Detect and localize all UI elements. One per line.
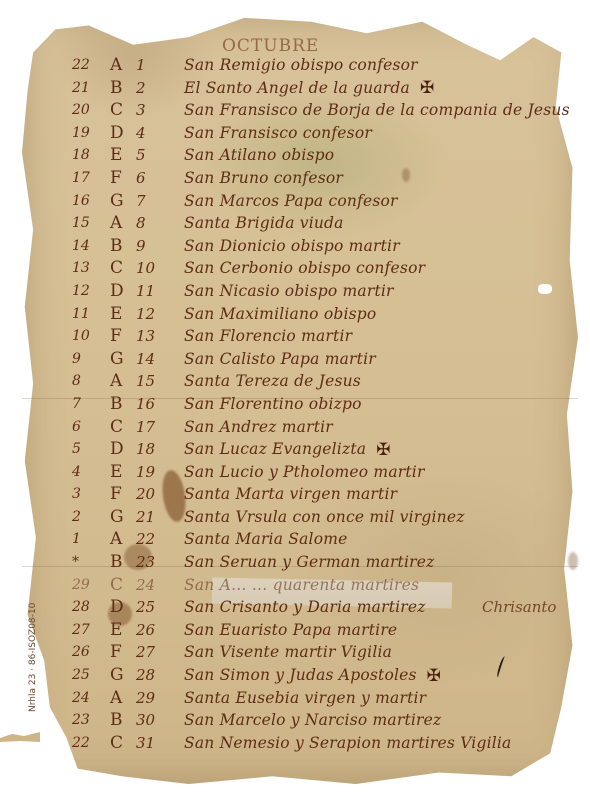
saint-name: San Seruan y German martirez [184,551,434,574]
saint-name-text: San Euaristo Papa martire [184,621,397,639]
saint-name-text: Santa Marta virgen martir [184,485,397,503]
cross-icon: ✠ [376,439,390,462]
calendar-row: 22A1San Remigio obispo confesor [72,54,572,77]
day-number: 5 [136,144,164,167]
saint-name-text: San Cerbonio obispo confesor [184,259,425,277]
saint-name-text: San Marcelo y Narciso martirez [184,711,441,729]
saint-name: San Calisto Papa martir [184,348,376,371]
saint-name-text: San Crisanto y Daria martirez [184,598,426,616]
dominical-letter: D [110,280,128,303]
calendar-row: 9G14San Calisto Papa martir [72,348,572,371]
dominical-letter: C [110,732,128,755]
dominical-letter: A [110,528,128,551]
calendar-row: 13C10San Cerbonio obispo confesor [72,257,572,280]
saint-name-text: San Bruno confesor [184,169,343,187]
saint-name-text: San Andrez martir [184,418,333,436]
calendar-row: 14B9San Dionicio obispo martir [72,235,572,258]
epact-number: 14 [72,235,98,258]
saint-name: San Marcelo y Narciso martirez [184,709,441,732]
day-number: 24 [136,574,164,597]
dominical-letter: E [110,619,128,642]
saint-name: San Dionicio obispo martir [184,235,400,258]
day-number: 10 [136,257,164,280]
saint-name: Santa Vrsula con once mil virginez [184,506,465,529]
day-number: 21 [136,506,164,529]
calendar-row: 16G7San Marcos Papa confesor [72,190,572,213]
dominical-letter: B [110,551,128,574]
calendar-table: 22A1San Remigio obispo confesor21B2El Sa… [72,54,572,754]
saint-name: Santa Tereza de Jesus [184,370,361,393]
saint-name: Santa Eusebia virgen y martir [184,687,426,710]
epact-number: 9 [72,348,98,371]
saint-name: San Maximiliano obispo [184,303,376,326]
saint-name-text: Santa Maria Salome [184,530,348,548]
saint-name-text: San Nicasio obispo martir [184,282,394,300]
day-number: 20 [136,483,164,506]
dominical-letter: A [110,212,128,235]
archive-side-note: Nrhla 23 · 86-ISOZ08-10 [28,603,38,712]
saint-name: San Fransisco confesor [184,122,372,145]
calendar-row: 19D4San Fransisco confesor [72,122,572,145]
page-title: OCTUBRE [222,36,319,56]
epact-number: 22 [72,54,98,77]
epact-number: 10 [72,325,98,348]
saint-name: San Euaristo Papa martire [184,619,397,642]
day-number: 14 [136,348,164,371]
epact-number: 16 [72,190,98,213]
saint-name-text: San Florencio martir [184,327,352,345]
epact-number: 19 [72,122,98,145]
epact-number: 18 [72,144,98,167]
epact-number: 13 [72,257,98,280]
calendar-row: 20C3San Fransisco de Borja de la compani… [72,99,572,122]
calendar-row: 10F13San Florencio martir [72,325,572,348]
epact-number: 28 [72,596,98,619]
calendar-row: 8A15Santa Tereza de Jesus [72,370,572,393]
saint-name-text: San Lucaz Evangelizta [184,440,366,458]
epact-number: 15 [72,212,98,235]
dominical-letter: B [110,393,128,416]
saint-name: San A… … quarenta martires [184,574,419,597]
day-number: 17 [136,416,164,439]
day-number: 13 [136,325,164,348]
day-number: 9 [136,235,164,258]
dominical-letter: C [110,416,128,439]
epact-number: 12 [72,280,98,303]
epact-number: 3 [72,483,98,506]
dominical-letter: G [110,348,128,371]
dominical-letter: B [110,77,128,100]
epact-number: 17 [72,167,98,190]
saint-name-text: San A… … quarenta martires [184,576,419,594]
saint-name-text: San Fransisco confesor [184,124,372,142]
saint-name-text: San Lucio y Ptholomeo martir [184,463,425,481]
dominical-letter: F [110,641,128,664]
epact-number: 7 [72,393,98,416]
dominical-letter: B [110,235,128,258]
saint-name-text: San Seruan y German martirez [184,553,434,571]
calendar-row: 3F20Santa Marta virgen martir [72,483,572,506]
epact-number: 24 [72,687,98,710]
dominical-letter: C [110,574,128,597]
dominical-letter: C [110,99,128,122]
epact-number: 20 [72,99,98,122]
saint-name: San Andrez martir [184,416,333,439]
day-number: 29 [136,687,164,710]
saint-name: San Bruno confesor [184,167,343,190]
epact-number: 4 [72,461,98,484]
calendar-row: 26F27San Visente martir Vigilia [72,641,572,664]
calendar-row: 7B16San Florentino obizpo [72,393,572,416]
saint-name-text: San Visente martir Vigilia [184,643,392,661]
saint-name-text: San Maximiliano obispo [184,305,376,323]
dominical-letter: G [110,506,128,529]
saint-name: San Visente martir Vigilia [184,641,392,664]
dominical-letter: E [110,144,128,167]
day-number: 12 [136,303,164,326]
dominical-letter: B [110,709,128,732]
calendar-row: 11E12San Maximiliano obispo [72,303,572,326]
dominical-letter: D [110,596,128,619]
dominical-letter: A [110,54,128,77]
calendar-row: 4E19San Lucio y Ptholomeo martir [72,461,572,484]
epact-number: 23 [72,709,98,732]
dominical-letter: F [110,167,128,190]
margin-note: Chrisanto [482,596,556,619]
saint-name: Santa Maria Salome [184,528,348,551]
saint-name-text: Santa Eusebia virgen y martir [184,689,426,707]
day-number: 22 [136,528,164,551]
saint-name: San Lucaz Evangelizta✠ [184,438,391,461]
epact-number: 1 [72,528,98,551]
saint-name-text: Santa Vrsula con once mil virginez [184,508,465,526]
day-number: 8 [136,212,164,235]
saint-name-text: San Florentino obizpo [184,395,362,413]
calendar-row: 23B30San Marcelo y Narciso martirez [72,709,572,732]
saint-name-text: San Atilano obispo [184,146,334,164]
calendar-row: 2G21Santa Vrsula con once mil virginez [72,506,572,529]
calendar-row: 22C31San Nemesio y Serapion martires Vig… [72,732,572,755]
dominical-letter: F [110,483,128,506]
saint-name: San Simon y Judas Apostoles✠ [184,664,441,687]
saint-name: El Santo Angel de la guarda✠ [184,77,434,100]
saint-name: San Cerbonio obispo confesor [184,257,425,280]
day-number: 2 [136,77,164,100]
epact-number: 11 [72,303,98,326]
saint-name: San Atilano obispo [184,144,334,167]
saint-name: San Crisanto y Daria martirez [184,596,426,619]
saint-name: San Florentino obizpo [184,393,362,416]
day-number: 15 [136,370,164,393]
saint-name: San Fransisco de Borja de la compania de… [184,99,570,122]
day-number: 23 [136,551,164,574]
epact-number: * [72,551,98,574]
calendar-row: 17F6San Bruno confesor [72,167,572,190]
saint-name: San Florencio martir [184,325,352,348]
saint-name-text: El Santo Angel de la guarda [184,79,410,97]
day-number: 16 [136,393,164,416]
epact-number: 25 [72,664,98,687]
saint-name-text: San Remigio obispo confesor [184,56,418,74]
dominical-letter: E [110,303,128,326]
epact-number: 21 [72,77,98,100]
torn-paper-fragment [0,732,40,742]
calendar-row: 21B2El Santo Angel de la guarda✠ [72,77,572,100]
epact-number: 27 [72,619,98,642]
dominical-letter: A [110,687,128,710]
cross-icon: ✠ [420,77,434,100]
calendar-row: 27E26San Euaristo Papa martire [72,619,572,642]
dominical-letter: A [110,370,128,393]
epact-number: 2 [72,506,98,529]
day-number: 4 [136,122,164,145]
dominical-letter: D [110,122,128,145]
calendar-row: 18E5San Atilano obispo [72,144,572,167]
dominical-letter: C [110,257,128,280]
saint-name-text: San Nemesio y Serapion martires Vigilia [184,734,512,752]
calendar-row: 5D18San Lucaz Evangelizta✠ [72,438,572,461]
calendar-row: 28D25San Crisanto y Daria martirezChrisa… [72,596,572,619]
epact-number: 5 [72,438,98,461]
calendar-row: 15A8Santa Brigida viuda [72,212,572,235]
saint-name-text: San Simon y Judas Apostoles [184,666,417,684]
calendar-row: *B23San Seruan y German martirez [72,551,572,574]
day-number: 26 [136,619,164,642]
saint-name: San Nemesio y Serapion martires Vigilia [184,732,512,755]
saint-name-text: Santa Brigida viuda [184,214,344,232]
saint-name-text: San Calisto Papa martir [184,350,376,368]
day-number: 31 [136,732,164,755]
day-number: 27 [136,641,164,664]
day-number: 28 [136,664,164,687]
calendar-row: 29C24San A… … quarenta martires [72,574,572,597]
epact-number: 6 [72,416,98,439]
dominical-letter: F [110,325,128,348]
saint-name: Santa Brigida viuda [184,212,344,235]
saint-name-text: San Fransisco de Borja de la compania de… [184,101,570,119]
saint-name: San Nicasio obispo martir [184,280,394,303]
dominical-letter: G [110,664,128,687]
saint-name: San Marcos Papa confesor [184,190,398,213]
day-number: 11 [136,280,164,303]
calendar-row: 1A22Santa Maria Salome [72,528,572,551]
day-number: 7 [136,190,164,213]
day-number: 25 [136,596,164,619]
day-number: 3 [136,99,164,122]
epact-number: 26 [72,641,98,664]
dominical-letter: E [110,461,128,484]
dominical-letter: D [110,438,128,461]
day-number: 6 [136,167,164,190]
day-number: 18 [136,438,164,461]
calendar-row: 6C17San Andrez martir [72,416,572,439]
epact-number: 29 [72,574,98,597]
saint-name-text: San Dionicio obispo martir [184,237,400,255]
saint-name-text: San Marcos Papa confesor [184,192,398,210]
day-number: 1 [136,54,164,77]
saint-name: San Lucio y Ptholomeo martir [184,461,425,484]
dominical-letter: G [110,190,128,213]
cross-icon: ✠ [427,665,441,688]
saint-name-text: Santa Tereza de Jesus [184,372,361,390]
saint-name: San Remigio obispo confesor [184,54,418,77]
saint-name: Santa Marta virgen martir [184,483,397,506]
calendar-row: 12D11San Nicasio obispo martir [72,280,572,303]
day-number: 19 [136,461,164,484]
epact-number: 22 [72,732,98,755]
calendar-row: 24A29Santa Eusebia virgen y martir [72,687,572,710]
day-number: 30 [136,709,164,732]
epact-number: 8 [72,370,98,393]
